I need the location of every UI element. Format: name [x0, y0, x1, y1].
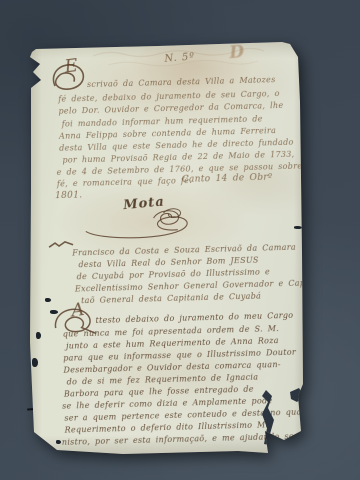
manuscript-line: desta Villa Real do Senhor Bom JESUS [78, 256, 258, 270]
edge-speck [56, 440, 61, 444]
initial-flourish [47, 59, 92, 96]
manuscript-line: Francisco da Costa e Souza Escrivaõ da C… [72, 243, 296, 258]
photo-background: { "scene": { "background_color": "#3e495… [0, 0, 360, 480]
manuscript-photo: N. 5º D E scrivaõ da Camara desta Villa … [28, 42, 305, 456]
edge-speck [294, 226, 302, 229]
manuscript-line: taõ General desta Capitania de Cuyabá [81, 291, 261, 305]
manuscript-line: fé, e romanceira que faço fé. [57, 176, 192, 189]
bleedthrough-letter: D [229, 42, 245, 63]
paragraph-1: E scrivaõ da Camara desta Villa a Matoze… [24, 37, 301, 42]
document-number: N. 5º [164, 52, 195, 65]
manuscript-line: pelo Dor. Ouvidor e Corregedor da Comarc… [58, 101, 283, 116]
manuscript-line: scrivaõ da Camara desta Villa a Matozes [87, 75, 276, 89]
edge-speck [32, 358, 38, 367]
year-line: 1801. [55, 190, 83, 201]
edge-speck [50, 310, 58, 314]
edge-speck [45, 298, 51, 302]
paragraph-2: Francisco da Costa e Souza Escrivaõ da C… [24, 37, 301, 42]
manuscript-paper: N. 5º D E scrivaõ da Camara desta Villa … [28, 42, 305, 456]
manuscript-line: ttesto debaixo do juramento do meu Cargo [95, 311, 293, 325]
place-date-line: Canto 14 de Obrº [182, 173, 273, 185]
margin-scribble [48, 240, 74, 250]
manuscript-line: Excellentissimo Senhor General Governado… [75, 278, 311, 293]
initial-flourish [51, 303, 100, 338]
edge-speck [36, 332, 41, 339]
paragraph-3: A ttesto debaixo do juramento do meu Car… [24, 37, 301, 42]
signature-flourish [79, 203, 210, 241]
